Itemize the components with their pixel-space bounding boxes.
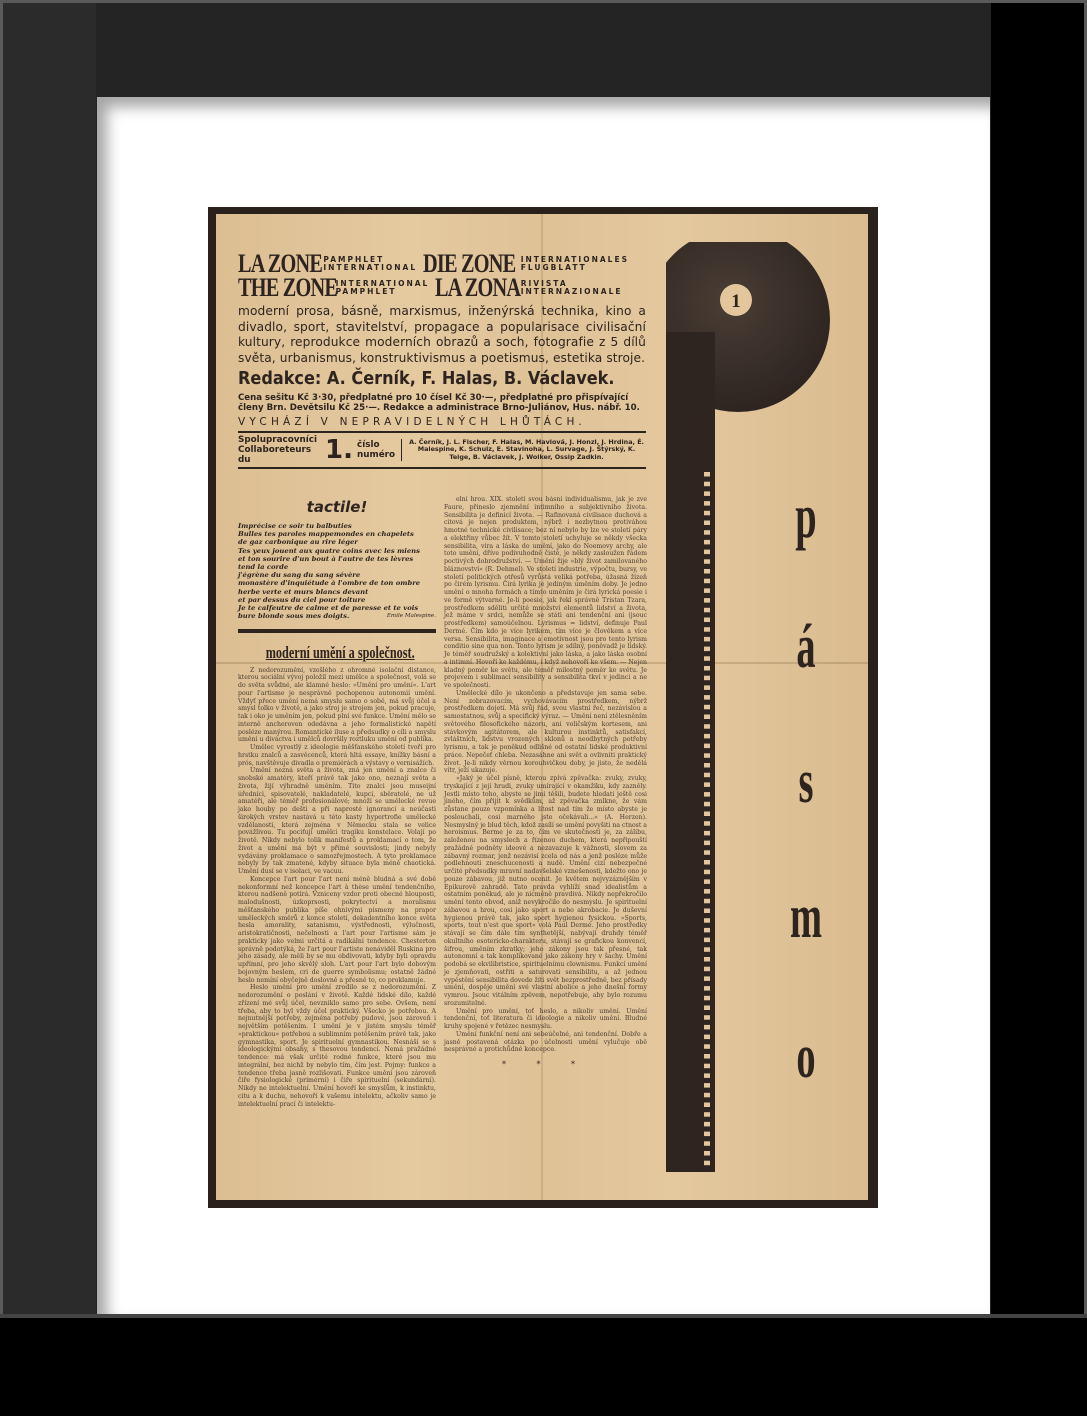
collaborators-names: A. Černík, J. L. Fischer, F. Halas, M. H…	[401, 439, 646, 462]
article-paragraph: Umění pro umění, toť heslo, a nikoliv um…	[444, 1008, 647, 1031]
poster-paper: LA ZONEPAMPHLETINTERNATIONALDIE ZONEINTE…	[216, 214, 868, 1200]
poem-line: Je te calfeutre de calme et de paresse e…	[238, 604, 436, 612]
title-letter: m	[787, 886, 824, 948]
masthead-zone-subtitle: PAMPHLETINTERNATIONAL	[323, 256, 417, 273]
masthead: LA ZONEPAMPHLETINTERNATIONALDIE ZONEINTE…	[238, 252, 646, 469]
article-paragraph: elní hrou. XIX. století svou básní indiv…	[444, 496, 647, 690]
poem-line: Tes yeux jouent aux quatre coins avec le…	[238, 547, 436, 555]
middle-column: elní hrou. XIX. století svou básní indiv…	[444, 496, 647, 1069]
article-paragraph: Koncepce l'art pour l'art není méně blud…	[238, 876, 436, 985]
poem-line: tend la corde	[238, 563, 436, 571]
poem-line: j'égrène du sang du sang sévère	[238, 571, 436, 579]
issue-number-logo: 1	[731, 291, 741, 312]
poem-line: Bulles tes paroles mappemondes en chapel…	[238, 530, 436, 538]
title-letter: p	[787, 486, 824, 548]
masthead-price: Cena sešitu Kč 3·30, předplatné pro 10 č…	[238, 393, 646, 413]
article-paragraph: Umění funkční není ani sebeúčelné, ani t…	[444, 1031, 647, 1054]
divider	[238, 629, 436, 633]
poem-line: monastère d'inquiétude à l'ombre de ton …	[238, 579, 436, 587]
left-column: tactile! Imprécise ce soir tu balbutiesB…	[238, 494, 436, 1108]
article-paragraph: »Jaký je účel písně, kterou zpívá zpěvač…	[444, 775, 647, 1008]
collaborators-label: Spolupracovníci Collaboreteurs du	[238, 435, 317, 465]
masthead-intro: moderní prosa, básně, marxismus, inženýr…	[238, 304, 646, 366]
issue-number: 1.	[325, 435, 353, 465]
poem-body: Imprécise ce soir tu balbutiesBulles tes…	[238, 522, 436, 620]
masthead-zone-subtitle: INTERNATIONALPAMPHLET	[336, 280, 430, 297]
masthead-zone-subtitle: INTERNATIONALESFLUGBLATT	[521, 256, 629, 273]
poem-line: et par dessus du ciel pour toiture	[238, 596, 436, 604]
masthead-editors: Redakce: A. Černík, F. Halas, B. Václave…	[238, 369, 613, 389]
poem-title: tactile!	[238, 498, 436, 516]
article-paragraph: Z nedorozumění, vzešlého z ohromné isola…	[238, 667, 436, 745]
article-paragraph: Umělec vyrostlý z ideologie měšťanského …	[238, 744, 436, 767]
issue-label: číslo numéro	[357, 440, 395, 460]
article-title: moderní umění a společnost.	[266, 643, 409, 663]
masthead-title-rows: LA ZONEPAMPHLETINTERNATIONALDIE ZONEINTE…	[238, 252, 646, 300]
article-column-2: elní hrou. XIX. století svou básní indiv…	[444, 496, 647, 1054]
masthead-schedule: VYCHÁZÍ V NEPRAVIDELNÝCH LHŮTÁCH.	[238, 416, 646, 428]
frame-left-edge	[3, 3, 96, 1413]
article-paragraph: Umění nezná světa a života, zná jen uměn…	[238, 767, 436, 876]
poem-line: de gaz carbonique au rire léger	[238, 538, 436, 546]
frame-bottom-edge	[0, 1314, 1087, 1416]
poem-line: et ton sourire d'un bout à l'autre de te…	[238, 555, 436, 563]
end-mark: * * *	[444, 1060, 647, 1069]
article-paragraph: Heslo umění pro umění zrodilo se z nedor…	[238, 984, 436, 1108]
film-reel-logo: 1	[666, 242, 866, 1192]
article-column-1: Z nedorozumění, vzešlého z ohromné isola…	[238, 667, 436, 1109]
masthead-zone-title: LA ZONA	[435, 275, 502, 301]
frame-right-edge	[991, 3, 1084, 1413]
title-letter: s	[787, 751, 824, 813]
title-letter: á	[787, 616, 824, 678]
collaborators-bar: Spolupracovníci Collaboreteurs du 1. čís…	[238, 433, 646, 469]
poem-line: herbe verte et murs blancs devant	[238, 588, 436, 596]
poem-line: Imprécise ce soir tu balbuties	[238, 522, 436, 530]
masthead-row: THE ZONEINTERNATIONALPAMPHLETLA ZONARIVI…	[238, 276, 646, 300]
article-paragraph: Umělecké dílo je ukončeno a představuje …	[444, 690, 647, 775]
title-letter: o	[787, 1026, 824, 1088]
masthead-zone-subtitle: RIVISTAINTERNAZIONALE	[521, 280, 623, 297]
masthead-zone-title: THE ZONE	[238, 275, 314, 301]
